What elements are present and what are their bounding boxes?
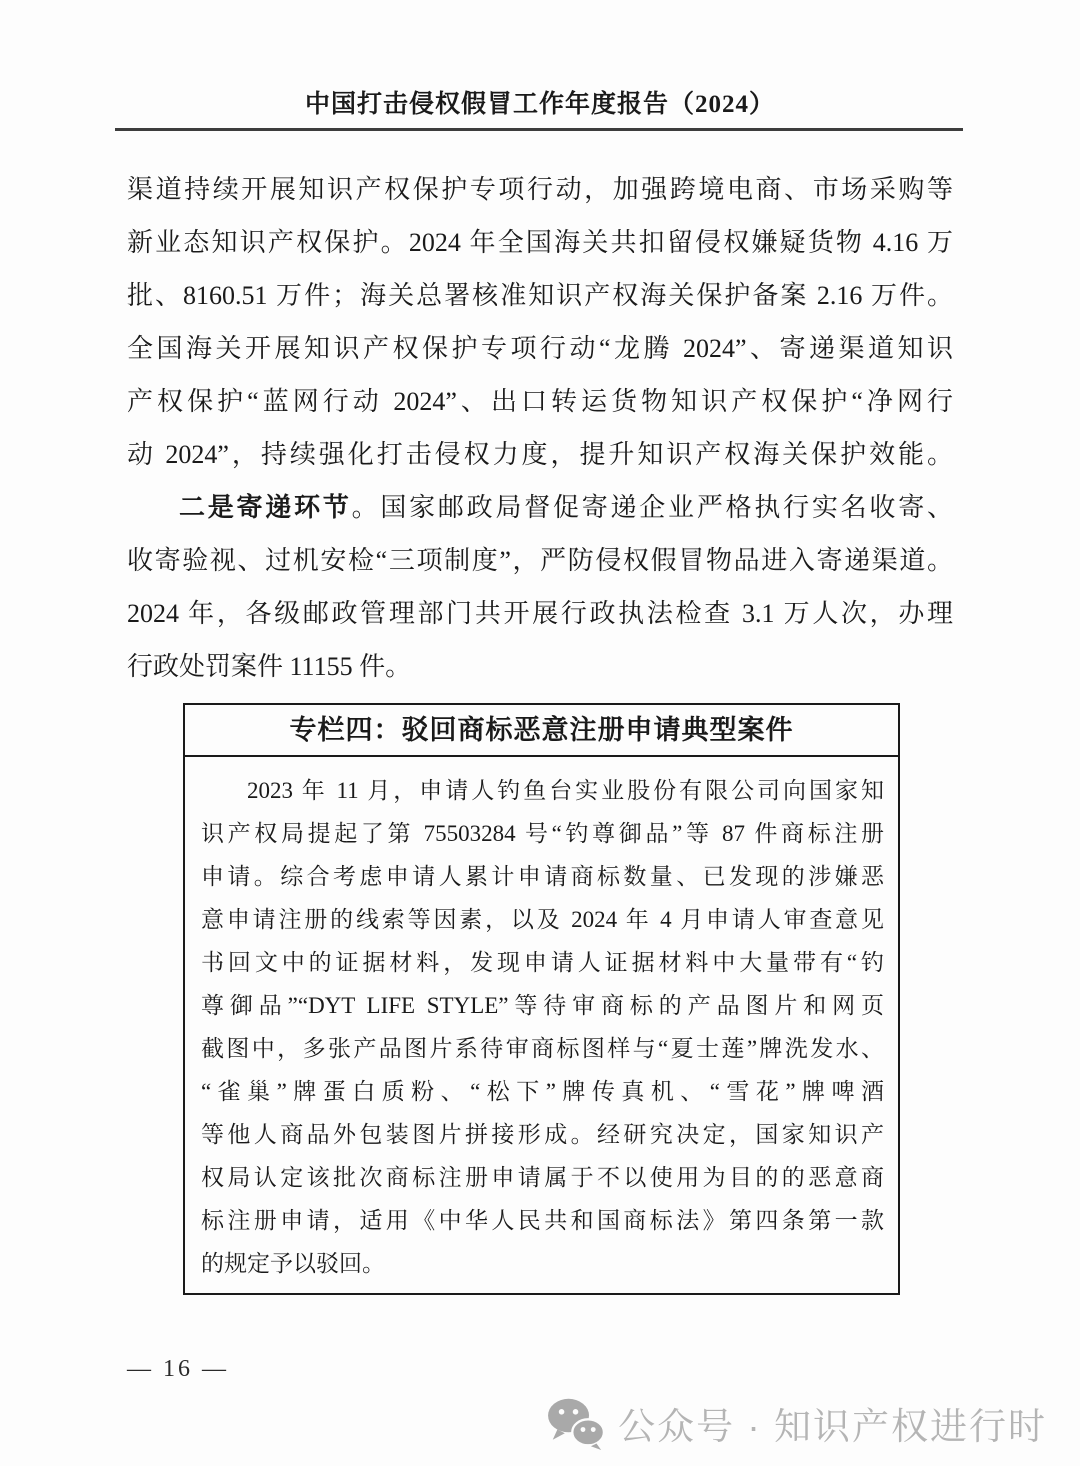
case-study-box: 专栏四：驳回商标恶意注册申请典型案件 2023 年 11 月，申请人钓鱼台实业股…	[183, 703, 900, 1295]
text-line: 产权保护“蓝网行动 2024”、出口转运货物知识产权保护“净网行	[127, 375, 953, 428]
box-text-line: 权局认定该批次商标注册申请属于不以使用为目的的恶意商	[201, 1156, 884, 1199]
text-line: 新业态知识产权保护。2024 年全国海关共扣留侵权嫌疑货物 4.16 万	[127, 216, 953, 269]
text-line: 行政处罚案件 11155 件。	[127, 640, 953, 693]
box-text-line: 2023 年 11 月，申请人钓鱼台实业股份有限公司向国家知	[201, 769, 884, 812]
case-box-title: 专栏四：驳回商标恶意注册申请典型案件	[185, 705, 898, 757]
box-text-line: “雀巢”牌蛋白质粉、“松下”牌传真机、“雪花”牌啤酒	[201, 1070, 884, 1113]
text-line: 动 2024”，持续强化打击侵权力度，提升知识产权海关保护效能。	[127, 428, 953, 481]
box-text-line: 截图中，多张产品图片系待审商标图样与“夏士莲”牌洗发水、	[201, 1027, 884, 1070]
wechat-icon	[546, 1396, 606, 1450]
page-number: — 16 —	[127, 1356, 229, 1383]
page-header-title: 中国打击侵权假冒工作年度报告（2024）	[0, 84, 1080, 120]
case-box-body: 2023 年 11 月，申请人钓鱼台实业股份有限公司向国家知 识产权局提起了第 …	[185, 757, 898, 1285]
header-divider	[115, 128, 963, 131]
watermark-text: 公众号 · 知识产权进行时	[618, 1396, 1047, 1450]
paragraph-lead-bold: 二是寄递环节	[179, 492, 352, 522]
main-text-column: 渠道持续开展知识产权保护专项行动，加强跨境电商、市场采购等 新业态知识产权保护。…	[127, 163, 953, 693]
watermark: 公众号 · 知识产权进行时	[546, 1396, 1047, 1450]
box-text-line: 识产权局提起了第 75503284 号“钓尊御品”等 87 件商标注册	[201, 812, 884, 855]
box-text-line: 意申请注册的线索等因素，以及 2024 年 4 月申请人审查意见	[201, 898, 884, 941]
report-page: 中国打击侵权假冒工作年度报告（2024） 渠道持续开展知识产权保护专项行动，加强…	[0, 0, 1080, 1466]
box-text-line: 标注册申请，适用《中华人民共和国商标法》第四条第一款	[201, 1199, 884, 1242]
box-text-line: 尊御品”“DYT LIFE STYLE”等待审商标的产品图片和网页	[201, 984, 884, 1027]
box-text-line: 书回文中的证据材料，发现申请人证据材料中大量带有“钓	[201, 941, 884, 984]
text-line: 渠道持续开展知识产权保护专项行动，加强跨境电商、市场采购等	[127, 163, 953, 216]
box-text-line: 的规定予以驳回。	[201, 1242, 884, 1285]
text-line: 2024 年，各级邮政管理部门共开展行政执法检查 3.1 万人次，办理	[127, 587, 953, 640]
box-text-line: 等他人商品外包装图片拼接形成。经研究决定，国家知识产	[201, 1113, 884, 1156]
text-line: 收寄验视、过机安检“三项制度”，严防侵权假冒物品进入寄递渠道。	[127, 534, 953, 587]
text-line: 全国海关开展知识产权保护专项行动“龙腾 2024”、寄递渠道知识	[127, 322, 953, 375]
box-text-line: 申请。综合考虑申请人累计申请商标数量、已发现的涉嫌恶	[201, 855, 884, 898]
text-line-paragraph-lead: 二是寄递环节。国家邮政局督促寄递企业严格执行实名收寄、	[127, 481, 953, 534]
paragraph-lead-rest: 。国家邮政局督促寄递企业严格执行实名收寄、	[352, 493, 953, 522]
text-line: 批、8160.51 万件；海关总署核准知识产权海关保护备案 2.16 万件。	[127, 269, 953, 322]
